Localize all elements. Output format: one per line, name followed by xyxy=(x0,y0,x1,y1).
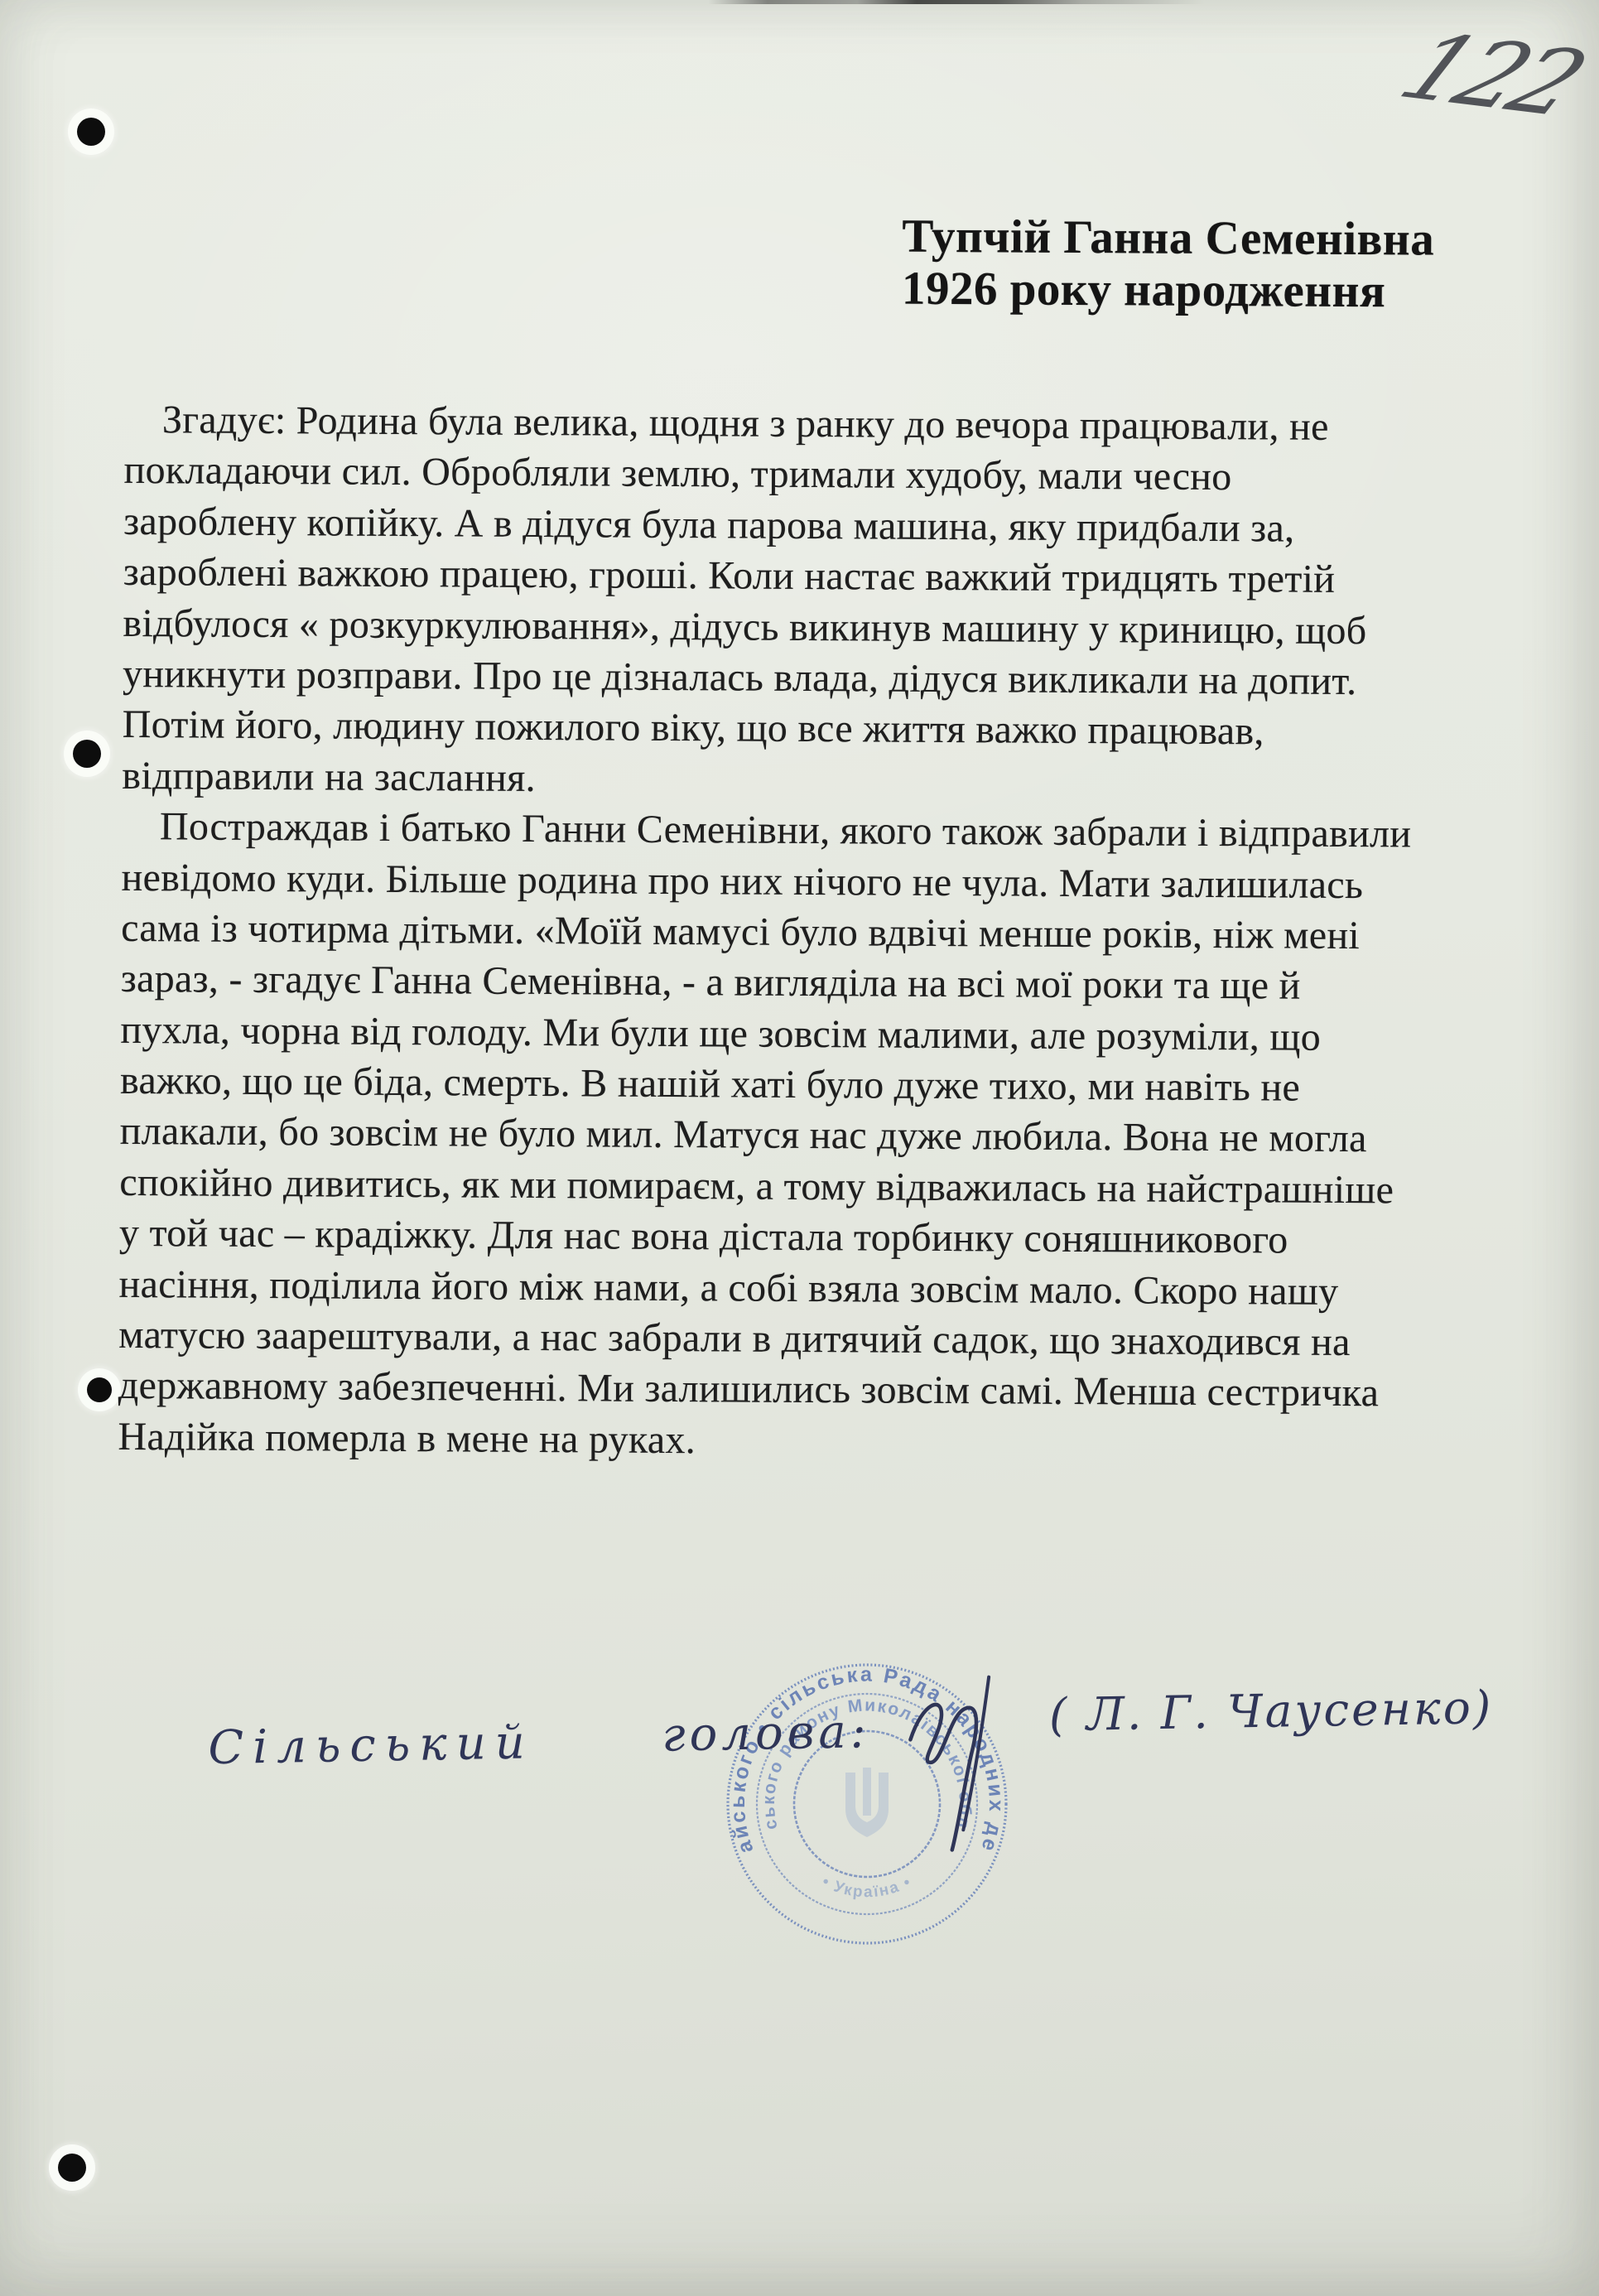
body-line: зароблену копійку. А в дідуся була паров… xyxy=(123,496,1589,556)
body-line: Постраждав і батько Ганни Семенівни, яко… xyxy=(122,801,1587,861)
body-line: Згадує: Родина була велика, щодня з ранк… xyxy=(124,394,1590,454)
punch-hole xyxy=(58,2154,86,2182)
punch-hole xyxy=(87,1377,112,1402)
punch-hole xyxy=(73,740,101,768)
body-line: сама із чотирма дітьми. «Моїй мамусі бул… xyxy=(121,903,1587,962)
body-line: відбулося « розкуркулювання», дідусь вик… xyxy=(123,597,1588,657)
signature-flourish xyxy=(903,1671,1005,1864)
body-line: уникнути розправи. Про це дізналась влад… xyxy=(123,649,1588,708)
trident-emblem-icon xyxy=(845,1768,889,1837)
body-line: Потім його, людину пожилого віку, що все… xyxy=(123,699,1588,759)
signature-role-word: Сільський xyxy=(208,1715,534,1775)
body-line: матусю заарештували, а нас забрали в дит… xyxy=(118,1310,1584,1369)
body-line: плакали, бо зовсім не було мил. Матуся н… xyxy=(120,1106,1586,1165)
body-line: державному забезпеченні. Ми залишились з… xyxy=(118,1360,1584,1420)
signature-role-word: голова: xyxy=(662,1705,870,1762)
scanned-document-page: { "document": { "page_number": "122", "h… xyxy=(0,0,1599,2296)
body-line: невідомо куди. Більше родина про них ніч… xyxy=(121,851,1587,911)
body-line: пухла, чорна від голоду. Ми були ще зовс… xyxy=(120,1005,1586,1064)
body-line: зараз, - згадує Ганна Семенівна, - а виг… xyxy=(121,953,1587,1013)
signature-name: ( Л. Г. Чаусенко) xyxy=(1048,1681,1493,1741)
body-line: насіння, поділила його між нами, а собі … xyxy=(118,1259,1584,1319)
body-line: відправили на заслання. xyxy=(122,750,1587,810)
testimony-text: Згадує: Родина була велика, щодня з ранк… xyxy=(118,394,1590,1471)
title-birthyear-line: 1926 року народження xyxy=(902,263,1434,318)
body-line: Надійка померла в мене на руках. xyxy=(118,1411,1583,1471)
body-line: спокійно дивитись, як ми помираєм, а том… xyxy=(119,1157,1585,1217)
body-line: у той час – крадіжку. Для нас вона діста… xyxy=(119,1208,1585,1267)
body-line: важко, що це біда, смерть. В нашій хаті … xyxy=(120,1055,1586,1115)
body-line: покладаючи сил. Обробляли землю, тримали… xyxy=(123,445,1589,504)
signature-row: Сільський голова: ( Л. Г. Чаусенко) xyxy=(0,0,1573,253)
body-line: зароблені важкою працею, гроші. Коли нас… xyxy=(123,547,1589,606)
